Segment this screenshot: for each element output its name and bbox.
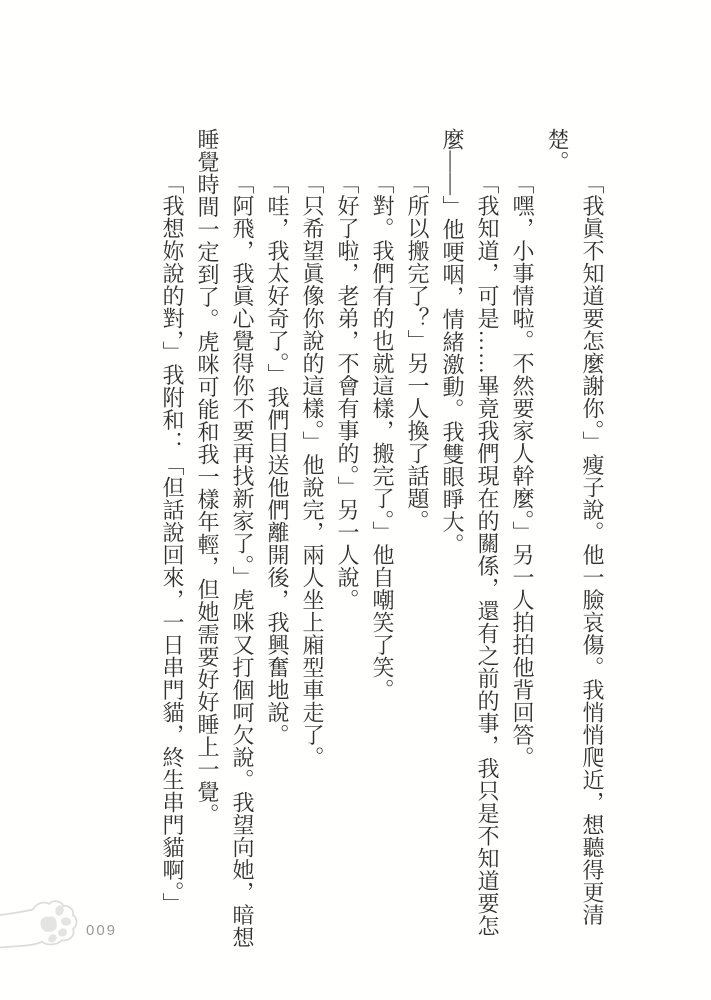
body-text: 「我眞不知道要怎麼謝你。」瘦子說。他一臉哀傷。我悄悄爬近，想聽得更清 楚。 「嘿… — [155, 128, 610, 1000]
text-column: 「阿飛，我眞心覺得你不要再找新家了。」虎咪又打個呵欠說。我望向她，暗想 — [225, 128, 260, 1000]
text-column: 楚。 — [540, 128, 575, 1000]
page-number: 009 — [86, 922, 117, 939]
text-column: 「哇，我太好奇了。」我們目送他們離開後，我興奮地說。 — [260, 128, 295, 1000]
text-column: 「我知道，可是……畢竟我們現在的關係，還有之前的事，我只是不知道要怎 — [470, 128, 505, 1000]
text-column: 「好了啦，老弟，不會有事的。」另一人說。 — [330, 128, 365, 1000]
text-column: 「對。我們有的也就這樣，搬完了。」他自嘲笑了笑。 — [365, 128, 400, 1000]
text-column: 「只希望眞像你說的這樣。」他說完，兩人坐上廂型車走了。 — [295, 128, 330, 1000]
book-page: 「我眞不知道要怎麼謝你。」瘦子說。他一臉哀傷。我悄悄爬近，想聽得更清 楚。 「嘿… — [0, 0, 711, 1000]
text-column: 「嘿，小事情啦。不然要家人幹麼。」另一人拍拍他背回答。 — [505, 128, 540, 1000]
text-column: 「我眞不知道要怎麼謝你。」瘦子說。他一臉哀傷。我悄悄爬近，想聽得更清 — [575, 128, 610, 1000]
text-column: 睡覺時間一定到了。虎咪可能和我一樣年輕，但她需要好好睡上一覺。 — [190, 128, 225, 1000]
cat-paw-icon — [0, 898, 82, 960]
text-column: 麼——」他哽咽，情緒激動。我雙眼睜大。 — [435, 128, 470, 1000]
text-column: 「我想妳說的對，」我附和：「但話說回來，一日串門貓，終生串門貓啊。」 — [155, 128, 190, 1000]
text-column: 「所以搬完了？」另一人換了話題。 — [400, 128, 435, 1000]
